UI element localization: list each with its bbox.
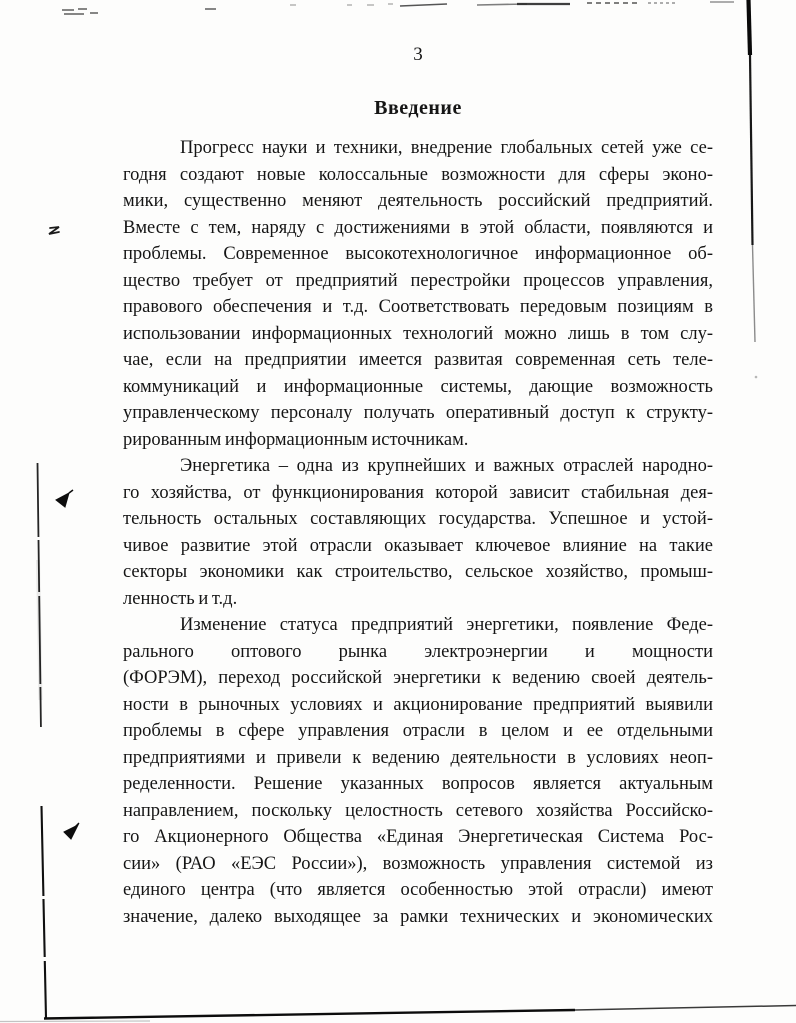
text-line: проблемы в сфере управления отрасли в це… <box>123 718 713 745</box>
page-number: 3 <box>123 44 713 66</box>
text-line: Вместе с тем, наряду с достижениями в эт… <box>123 215 713 242</box>
text-line: ности в рыночных условиях и акционирован… <box>123 692 713 719</box>
text-line: направлением, поскольку целостность сете… <box>123 798 713 825</box>
scan-right-edge-line <box>749 0 758 378</box>
scan-top-edge-marks <box>62 2 734 14</box>
scan-squiggle-mark <box>49 227 59 234</box>
text-line: значение, далеко выходящее за рамки техн… <box>123 904 713 931</box>
section-heading: Введение <box>123 96 713 120</box>
text-line: правового обеспечения и т.д. Соответство… <box>123 294 713 321</box>
text-line: рального оптового рынка электроэнергии и… <box>123 639 713 666</box>
scan-arrow-mark-lower <box>64 823 79 839</box>
text-line: ленность и т.д. <box>123 586 713 613</box>
text-line: чивое развитие этой отрасли оказывает кл… <box>123 533 713 560</box>
scan-left-edge-line <box>38 463 47 1018</box>
text-line: использовании информационных технологий … <box>123 321 713 348</box>
text-line: го хозяйства, от функционирования которо… <box>123 480 713 507</box>
text-line: годня создают новые колоссальные возможн… <box>123 162 713 189</box>
text-line: проблемы. Современное высокотехнологично… <box>123 241 713 268</box>
scan-arrow-mark-upper <box>56 490 73 507</box>
text-line: единого центра (что является особенность… <box>123 877 713 904</box>
text-line: Изменение статуса предприятий энергетики… <box>123 612 713 639</box>
text-line: мики, существенно меняют деятельность ро… <box>123 188 713 215</box>
text-line: тельность остальных составляющих государ… <box>123 506 713 533</box>
text-line: управленческому персоналу получать опера… <box>123 400 713 427</box>
text-line: предприятиями и привели к ведению деятел… <box>123 745 713 772</box>
text-line: щество требует от предприятий перестройк… <box>123 268 713 295</box>
body-text: Прогресс науки и техники, внедрение глоб… <box>123 135 713 930</box>
text-line: Энергетика – одна из крупнейших и важных… <box>123 453 713 480</box>
text-line: го Акционерного Общества «Единая Энергет… <box>123 824 713 851</box>
text-line: секторы экономики как строительство, сел… <box>123 559 713 586</box>
scanned-document-page: 3 Введение Прогресс науки и техники, вне… <box>0 0 796 1023</box>
text-line: ределенности. Решение указанных вопросов… <box>123 771 713 798</box>
text-line: (ФОРЭМ), переход российской энергетики к… <box>123 665 713 692</box>
text-line: Прогресс науки и техники, внедрение глоб… <box>123 135 713 162</box>
text-line: рированным информационным источникам. <box>123 427 713 454</box>
text-line: чае, если на предприятии имеется развита… <box>123 347 713 374</box>
text-line: коммуникаций и информационные системы, д… <box>123 374 713 401</box>
scan-bottom-edge-line <box>0 1006 796 1022</box>
text-line: сии» (РАО «ЕЭС России»), возможность упр… <box>123 851 713 878</box>
